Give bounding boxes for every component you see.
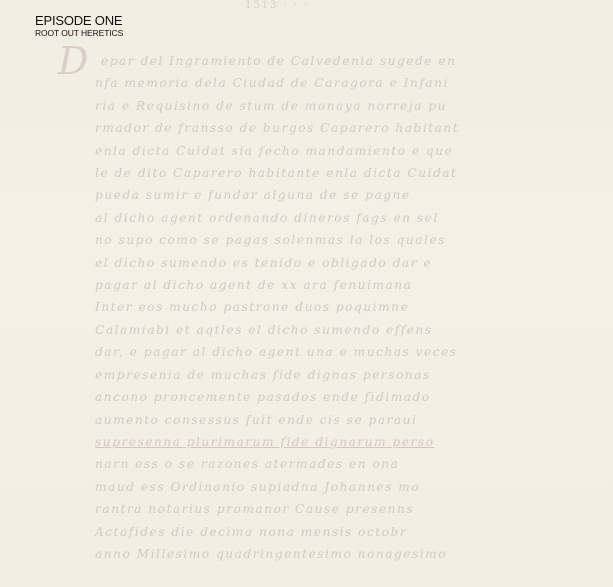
script-line: dar, e pagar al dicho agent una e muchas… — [95, 341, 595, 363]
script-line: no supo como se pagas solenmas la los qu… — [95, 229, 595, 251]
manuscript-page: EPISODE ONE ROOT OUT HERETICS 1513 · · ·… — [0, 0, 613, 587]
script-line: rantra notarius promanor Cause presenns — [95, 498, 595, 520]
handwritten-text: epar del Ingramiento de Calvedenia suged… — [95, 50, 595, 565]
manuscript-header: 1513 · · · — [245, 0, 310, 11]
script-line: Actafides die decima nona mensis octobr — [95, 521, 595, 543]
script-line: ria e Requisino de stum de monaya norrej… — [95, 95, 595, 117]
script-line: el dicho sumendo es tenido e obligado da… — [95, 252, 595, 274]
script-line: pueda sumir e fundar alguna de se pagne — [95, 184, 595, 206]
illuminated-initial: D — [58, 42, 88, 80]
episode-title-block: EPISODE ONE ROOT OUT HERETICS — [35, 13, 123, 39]
script-line: ancono proncemente pasados ende fidimado — [95, 386, 595, 408]
script-line: supresenna plurimarum fide dignarum pers… — [95, 431, 595, 453]
script-line: Inter eos mucho pastrone duos poquimne — [95, 296, 595, 318]
script-line: empresenia de muchas fide dignas persona… — [95, 364, 595, 386]
script-line: le de dito Caparero habitante enla dicta… — [95, 162, 595, 184]
script-line: enla dicta Cuidat sia fecho mandamiento … — [95, 140, 595, 162]
script-line: aumento consessus fuit ende cis se parau… — [95, 409, 595, 431]
script-line: epar del Ingramiento de Calvedenia suged… — [95, 50, 595, 72]
episode-subtitle: ROOT OUT HERETICS — [35, 28, 123, 39]
script-line: rmador de fransso de burgos Caparero hab… — [95, 117, 595, 139]
script-line: Calamiabi et aqtles el dicho sumendo eff… — [95, 319, 595, 341]
script-line: maud ess Ordinanio supiadna Johannes mo — [95, 476, 595, 498]
episode-title: EPISODE ONE — [35, 13, 123, 28]
script-line: nfa memoria dela Ciudad de Caragora e In… — [95, 72, 595, 94]
script-line: narn ess o se razones atermades en ona — [95, 453, 595, 475]
script-line: al dicho agent ordenando dineros fags en… — [95, 207, 595, 229]
script-line: anno Millesimo quadringentesimo nonagesi… — [95, 543, 595, 565]
script-line: pagar al dicho agent de xx ara fenuimana — [95, 274, 595, 296]
